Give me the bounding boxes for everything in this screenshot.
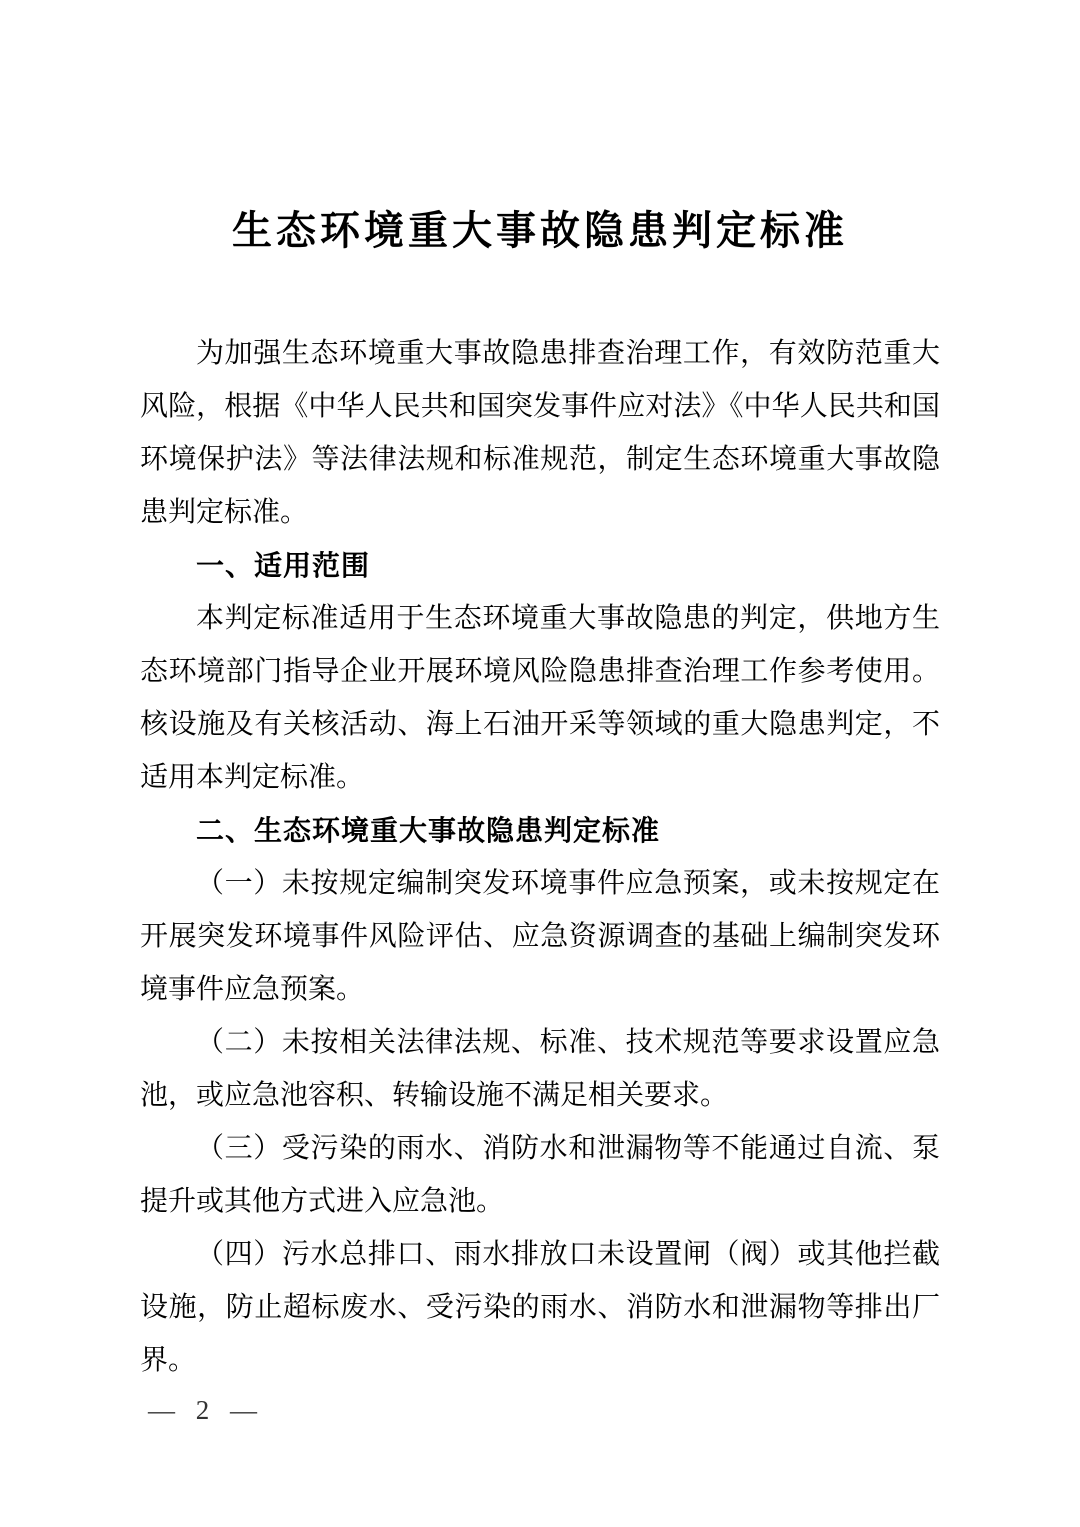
document-title: 生态环境重大事故隐患判定标准: [134, 205, 946, 257]
section-heading: 二、生态环境重大事故隐患判定标准: [140, 804, 940, 857]
body-paragraph: （三）受污染的雨水、消防水和泄漏物等不能通过自流、泵提升或其他方式进入应急池。: [140, 1122, 940, 1228]
section-heading: 一、适用范围: [140, 539, 940, 592]
body-paragraph: 本判定标准适用于生态环境重大事故隐患的判定，供地方生态环境部门指导企业开展环境风…: [140, 592, 940, 804]
body-paragraph: （四）污水总排口、雨水排放口未设置闸（阀）或其他拦截设施，防止超标废水、受污染的…: [140, 1228, 940, 1387]
body-paragraph: （二）未按相关法律法规、标准、技术规范等要求设置应急池，或应急池容积、转输设施不…: [140, 1016, 940, 1122]
page-number: — 2 —: [148, 1395, 264, 1426]
body-paragraph: （一）未按规定编制突发环境事件应急预案，或未按规定在开展突发环境事件风险评估、应…: [140, 857, 940, 1016]
body-paragraph: 为加强生态环境重大事故隐患排查治理工作，有效防范重大风险，根据《中华人民共和国突…: [140, 327, 940, 539]
document-page: 生态环境重大事故隐患判定标准 为加强生态环境重大事故隐患排查治理工作，有效防范重…: [0, 0, 1080, 1527]
document-body: 为加强生态环境重大事故隐患排查治理工作，有效防范重大风险，根据《中华人民共和国突…: [140, 327, 940, 1387]
